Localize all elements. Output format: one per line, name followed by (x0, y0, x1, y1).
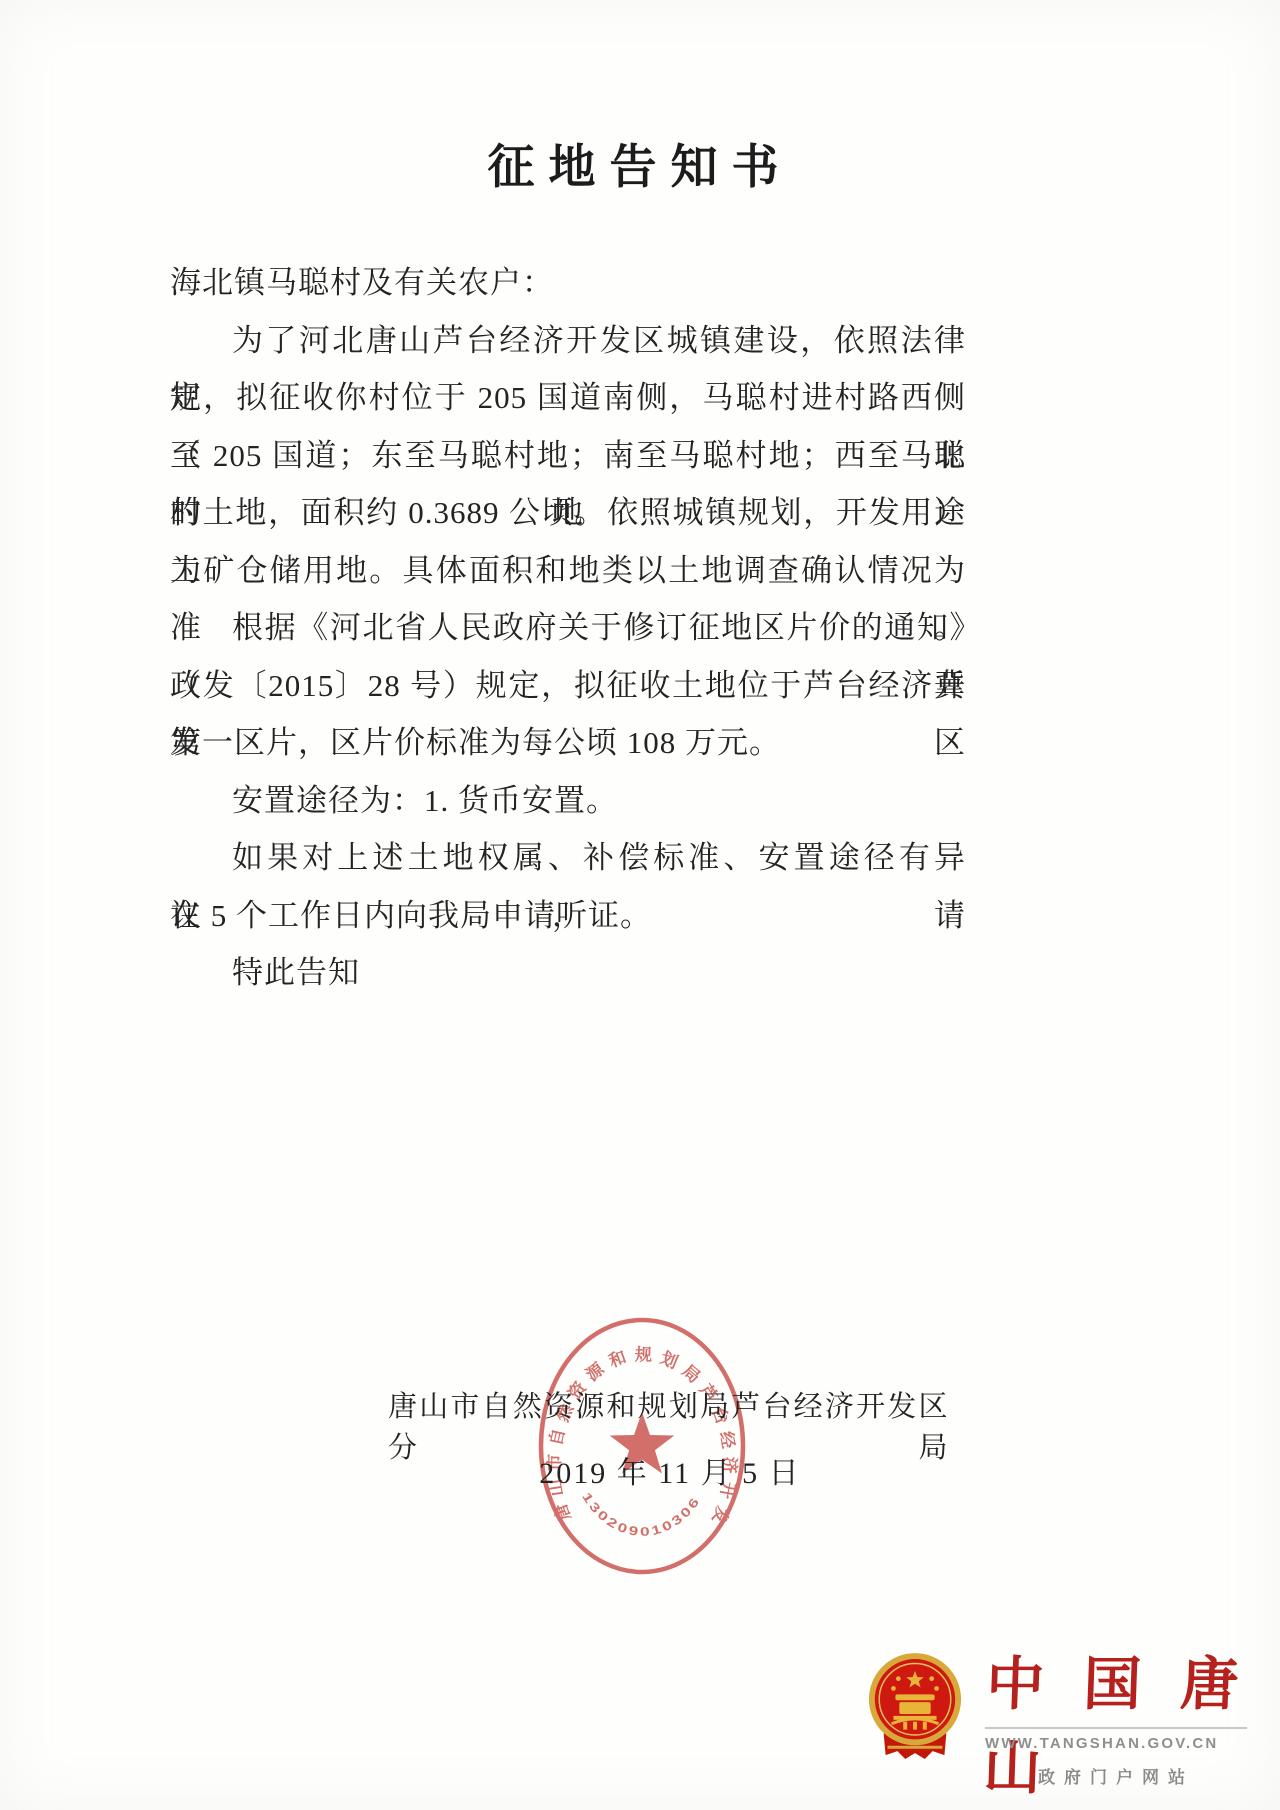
body-line: 工矿仓储用地。具体面积和地类以土地调查确认情况为准。 (170, 542, 966, 600)
body-line: 根据《河北省人民政府关于修订征地区片价的通知》（冀 (170, 599, 966, 657)
body-line: 定，拟征收你村位于 205 国道南侧，马聪村进村路西侧（北 (170, 369, 966, 427)
body-line: 的土地，面积约 0.3689 公顷。依照城镇规划，开发用途为 (170, 484, 966, 542)
salutation: 海北镇马聪村及有关农户： (170, 254, 966, 312)
national-emblem-icon (866, 1653, 964, 1769)
signature-date: 2019 年 11 月 5 日 (520, 1448, 820, 1492)
document-title: 征地告知书 (0, 130, 1280, 197)
brand-divider (985, 1727, 1247, 1729)
body-line: 为了河北唐山芦台经济开发区城镇建设，依照法律规 (170, 312, 966, 370)
body-line: 特此告知 (170, 944, 966, 1002)
site-logo-block: 中国唐山 WWW.TANGSHAN.GOV.CN 政府门户网站 (860, 1645, 1255, 1795)
site-url: WWW.TANGSHAN.GOV.CN (985, 1735, 1247, 1752)
body-line: 政发〔2015〕28 号）规定，拟征收土地位于芦台经济开发区 (170, 657, 966, 715)
scanned-notice-page: 征地告知书 海北镇马聪村及有关农户： 为了河北唐山芦台经济开发区城镇建设，依照法… (0, 0, 1280, 1810)
body-line: 至 205 国道；东至马聪村地；南至马聪村地；西至马聪村地） (170, 427, 966, 485)
body-line: 安置途径为：1. 货币安置。 (170, 772, 966, 830)
body-line: 如果对上述土地权属、补偿标准、安置途径有异议，请 (170, 829, 966, 887)
site-caption: 政府门户网站 (985, 1763, 1247, 1788)
document-body: 海北镇马聪村及有关农户： 为了河北唐山芦台经济开发区城镇建设，依照法律规 定，拟… (170, 254, 966, 1002)
